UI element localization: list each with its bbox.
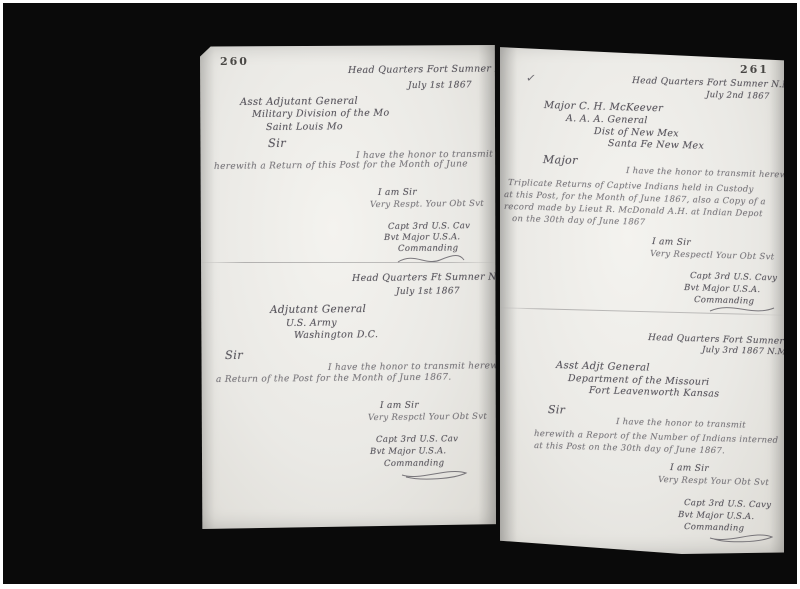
address-line: Major C. H. McKeever <box>544 100 664 114</box>
page-right: 261 ✓ Head Quarters Fort Sumner N.M. Jul… <box>500 43 784 554</box>
body-line: on the 30th day of June 1867 <box>512 214 646 228</box>
letter-date-line: July 1st 1867 <box>396 286 460 297</box>
signature-line: Bvt Major U.S.A. <box>678 510 755 522</box>
signature-line: Bvt Major U.S.A. <box>384 232 461 243</box>
salutation: Sir <box>268 136 286 150</box>
page-crease <box>200 262 496 263</box>
signature-line: Commanding <box>384 458 444 469</box>
closing-line: I am Sir <box>378 188 417 198</box>
letter-date-line: July 3rd 1867 N.M. <box>702 345 790 357</box>
address-line: Adjutant General <box>270 303 366 316</box>
page-number-right: 261 <box>740 63 769 76</box>
closing-line: Very Respctl Your Obt Svt <box>368 412 487 423</box>
address-line: Asst Adjutant General <box>240 96 358 108</box>
letter-heading-line: Head Quarters Ft Sumner N.M. <box>352 271 513 284</box>
closing-line: I am Sir <box>380 401 419 411</box>
letter-date-line: July 1st 1867 <box>408 80 472 91</box>
body-line: I have the honor to transmit herewith <box>626 166 797 181</box>
signature-line: Bvt Major U.S.A. <box>684 283 761 295</box>
salutation: Sir <box>548 403 566 416</box>
page-number-left: 260 <box>220 55 249 68</box>
signature-flourish <box>706 532 776 544</box>
body-line: a Return of the Post for the Month of Ju… <box>216 373 452 385</box>
address-line: Fort Leavenworth Kansas <box>589 385 720 400</box>
letter-date-line: July 2nd 1867 <box>706 90 770 102</box>
letter-heading-line: Head Quarters Fort Sumner N.M. <box>348 63 519 76</box>
address-line: Saint Louis Mo <box>266 121 343 133</box>
address-line: Military Division of the Mo <box>252 108 390 120</box>
film-background: 260 Head Quarters Fort Sumner N.M. July … <box>3 3 797 584</box>
address-line: Washington D.C. <box>294 329 378 341</box>
address-line: Santa Fe New Mex <box>608 138 704 152</box>
signature-line: Capt 3rd U.S. Cavy <box>684 498 772 510</box>
closing-line: Very Respectl Your Obt Svt <box>650 249 775 262</box>
closing-line: I am Sir <box>652 237 691 248</box>
signature-line: Capt 3rd U.S. Cavy <box>690 271 778 283</box>
signature-line: Bvt Major U.S.A. <box>370 446 447 457</box>
letter-heading-line: Head Quarters Fort Sumner N.M. <box>632 76 795 91</box>
body-line: I have the honor to transmit <box>616 417 746 431</box>
signature-line: Capt 3rd U.S. Cav <box>388 221 470 232</box>
signature-line: Commanding <box>398 243 458 254</box>
address-line: Asst Adjt General <box>556 360 650 374</box>
address-line: Dist of New Mex <box>594 126 679 139</box>
check-mark-annotation: ✓ <box>525 70 537 85</box>
address-line: A. A. A. General <box>566 113 648 126</box>
address-line: U.S. Army <box>286 317 337 329</box>
signature-line: Capt 3rd U.S. Cav <box>376 434 458 445</box>
salutation: Sir <box>225 348 243 362</box>
closing-line: Very Respt. Your Obt Svt <box>370 199 484 210</box>
body-line: herewith a Return of this Post for the M… <box>214 159 468 172</box>
closing-line: I am Sir <box>670 463 709 474</box>
page-left: 260 Head Quarters Fort Sumner N.M. July … <box>200 45 496 529</box>
closing-line: Very Respt Your Obt Svt <box>658 475 769 488</box>
salutation: Major <box>543 153 578 167</box>
signature-flourish <box>400 469 470 481</box>
signature-flourish <box>396 254 466 266</box>
body-line: I have the honor to transmit herewith <box>328 361 511 373</box>
